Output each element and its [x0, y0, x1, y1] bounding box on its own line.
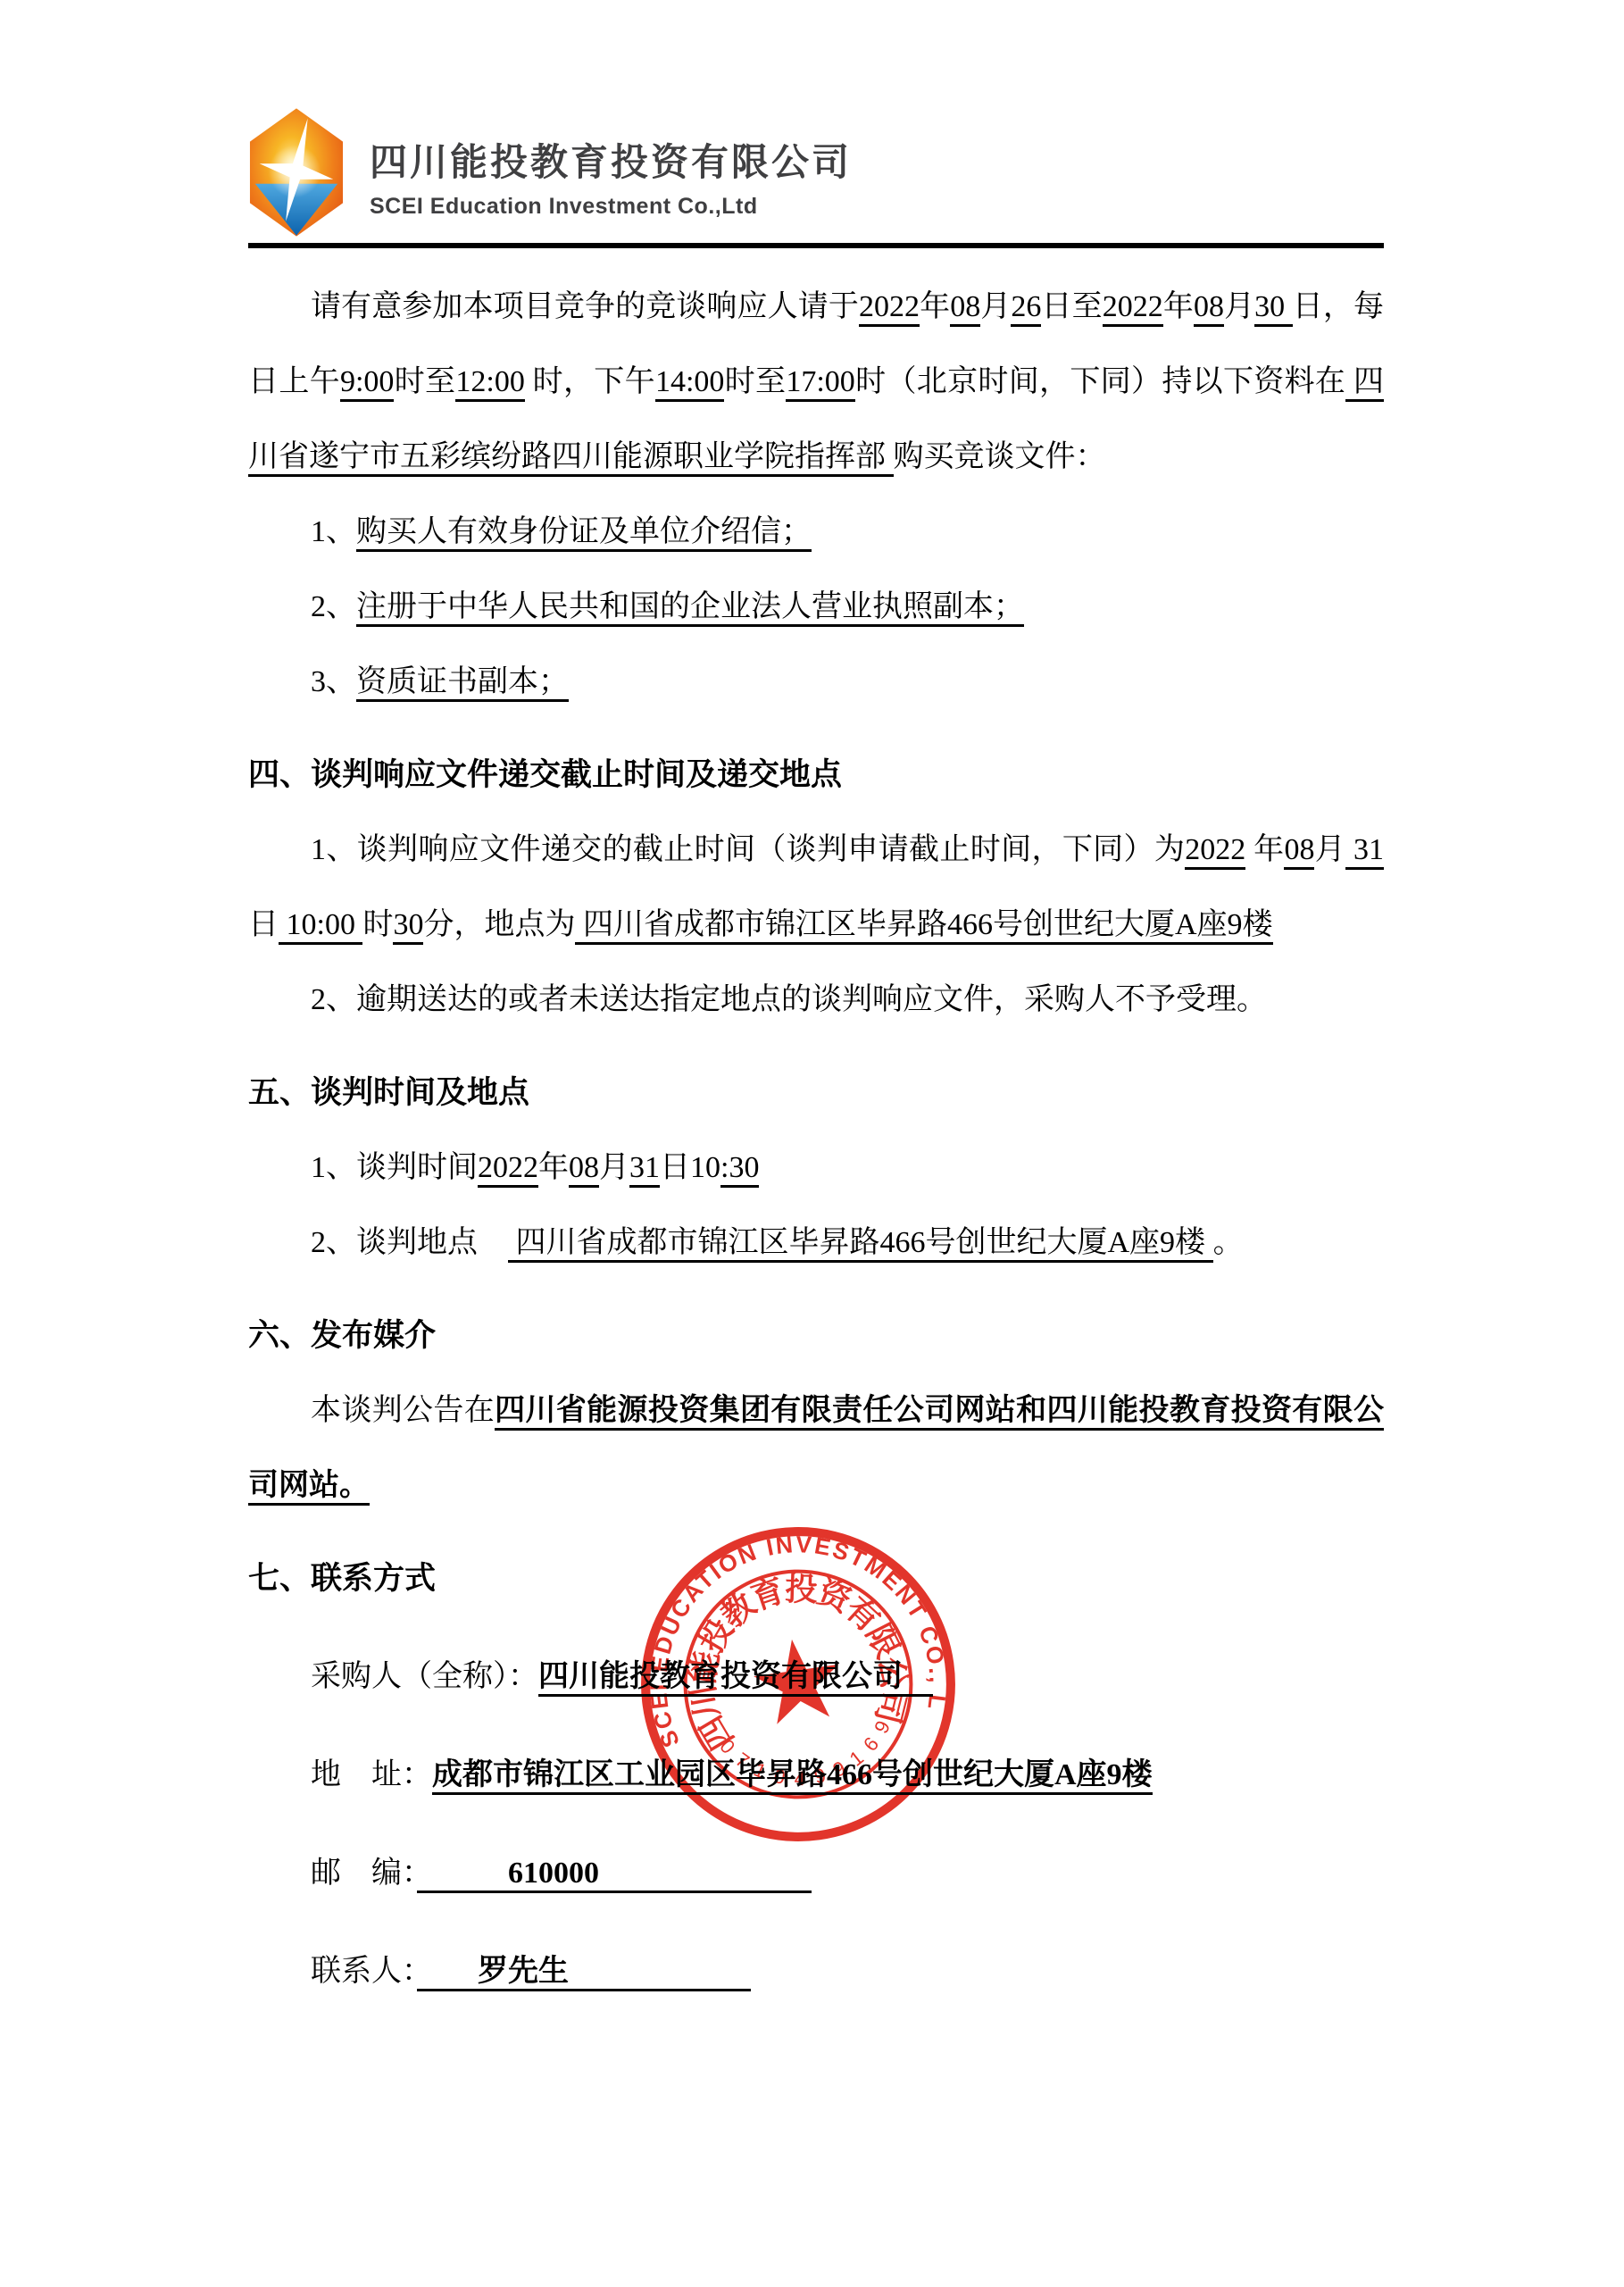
- section-4-item-2: 2、逾期送达的或者未送达指定地点的谈判响应文件，采购人不予受理。: [248, 963, 1384, 1038]
- header: 四川能投教育投资有限公司 SCEI Education Investment C…: [248, 105, 1384, 239]
- purchase-item-2: 2、注册于中华人民共和国的企业法人营业执照副本；: [248, 570, 1384, 645]
- text-run: 联系人：: [311, 1955, 417, 1988]
- text-run: 31: [1345, 833, 1384, 870]
- text-run: 2022: [478, 1151, 538, 1188]
- text-run: 3、: [311, 665, 356, 698]
- text-run: 时至: [394, 365, 455, 398]
- text-run: 08: [1284, 833, 1314, 870]
- text-run: 1、: [311, 515, 356, 548]
- document-body: 请有意参加本项目竞争的竞谈响应人请于2022年08月26日至2022年08月30…: [248, 270, 1384, 2009]
- text-run: 月: [1224, 290, 1254, 323]
- text-run: 日10: [660, 1151, 720, 1184]
- text-run: 购买竞谈文件：: [894, 440, 1106, 473]
- text-run: 30: [1254, 290, 1293, 327]
- section-5-item-1: 1、谈判时间2022年08月31日10:30: [248, 1131, 1384, 1206]
- text-run: [417, 1955, 478, 1991]
- text-run: 年: [538, 1151, 569, 1184]
- text-run: [569, 1955, 751, 1991]
- section-5-item-2: 2、谈判地点 四川省成都市锦江区毕昇路466号创世纪大厦A座9楼 。: [248, 1206, 1384, 1281]
- section-6-heading: 六、发布媒介: [248, 1298, 1384, 1373]
- purchase-item-1: 1、购买人有效身份证及单位介绍信；: [248, 495, 1384, 570]
- text-run: [903, 1660, 933, 1697]
- text-run: 2、: [311, 590, 356, 623]
- section-7-heading: 七、联系方式: [248, 1541, 1384, 1616]
- text-run: 七、联系方式: [248, 1561, 436, 1596]
- text-run: 2022: [859, 290, 920, 327]
- section-4-heading: 四、谈判响应文件递交截止时间及递交地点: [248, 738, 1384, 813]
- company-logo-icon: [248, 106, 345, 238]
- text-run: 地 址：: [311, 1758, 432, 1791]
- company-name-zh: 四川能投教育投资有限公司: [370, 141, 852, 184]
- text-run: 1、谈判时间: [311, 1151, 478, 1184]
- text-run: 。: [1213, 1226, 1244, 1259]
- contact-postcode-line: 邮 编： 610000: [248, 1836, 1384, 1911]
- text-run: 30: [393, 908, 423, 945]
- contact-address-line: 地 址：成都市锦江区工业园区毕昇路466号创世纪大厦A座9楼: [248, 1738, 1384, 1813]
- text-run: 08: [950, 290, 980, 327]
- header-titles: 四川能投教育投资有限公司 SCEI Education Investment C…: [370, 125, 852, 219]
- text-run: 时至: [724, 365, 786, 398]
- text-run: 注册于中华人民共和国的企业法人营业执照副本；: [356, 590, 1024, 627]
- text-run: 时（北京时间，下同）持以下资料在: [855, 365, 1345, 398]
- text-run: 成都市锦江区工业园区毕昇路466号创世纪大厦A座9楼: [432, 1758, 1153, 1795]
- text-run: 四、谈判响应文件递交截止时间及递交地点: [248, 757, 842, 792]
- text-run: 年: [1245, 833, 1284, 866]
- text-run: 2022: [1103, 290, 1163, 327]
- section-6-paragraph: 本谈判公告在四川省能源投资集团有限责任公司网站和四川能投教育投资有限公司网站。: [248, 1373, 1384, 1523]
- text-run: 采购人（全称）：: [311, 1660, 538, 1693]
- text-run: 四川能投教育投资有限公司: [538, 1660, 903, 1697]
- text-run: 610000: [508, 1857, 599, 1893]
- text-run: 月: [980, 290, 1011, 323]
- text-run: 四川省成都市锦江区毕昇路466号创世纪大厦A座9楼: [575, 908, 1272, 945]
- text-run: 时: [362, 908, 393, 941]
- text-run: 26: [1011, 290, 1041, 327]
- text-run: 日: [248, 908, 279, 941]
- text-run: 2、逾期送达的或者未送达指定地点的谈判响应文件，采购人不予受理。: [311, 983, 1267, 1016]
- section-4-item-1: 1、谈判响应文件递交的截止时间（谈判申请截止时间，下同）为2022 年08月 3…: [248, 813, 1384, 963]
- text-run: :30: [720, 1151, 759, 1188]
- text-run: [417, 1857, 508, 1893]
- text-run: 12:00: [455, 365, 524, 402]
- document-page: 四川能投教育投资有限公司 SCEI Education Investment C…: [0, 0, 1624, 2287]
- text-run: 年: [1163, 290, 1194, 323]
- purchase-item-3: 3、资质证书副本；: [248, 645, 1384, 720]
- text-run: 2、谈判地点: [311, 1226, 508, 1259]
- text-run: 邮 编：: [311, 1857, 417, 1890]
- text-run: 本谈判公告在: [311, 1394, 495, 1427]
- section-5-heading: 五、谈判时间及地点: [248, 1056, 1384, 1131]
- text-run: 罗先生: [478, 1955, 569, 1991]
- text-run: 10:00: [279, 908, 362, 945]
- text-run: 2022: [1185, 833, 1245, 870]
- text-run: [599, 1857, 812, 1893]
- text-run: 31: [629, 1151, 660, 1188]
- text-run: 请有意参加本项目竞争的竞谈响应人请于: [311, 290, 859, 323]
- header-divider: [248, 243, 1384, 248]
- text-run: 时，下午: [525, 365, 655, 398]
- text-run: 六、发布媒介: [248, 1318, 436, 1353]
- intro-paragraph: 请有意参加本项目竞争的竞谈响应人请于2022年08月26日至2022年08月30…: [248, 270, 1384, 495]
- contact-purchaser-line: 采购人（全称）：四川能投教育投资有限公司: [248, 1640, 1384, 1715]
- text-run: 14:00: [655, 365, 724, 402]
- contact-person-line: 联系人： 罗先生: [248, 1934, 1384, 2009]
- text-run: 购买人有效身份证及单位介绍信；: [356, 515, 812, 552]
- text-run: 月: [1314, 833, 1345, 866]
- text-run: 资质证书副本；: [356, 665, 569, 702]
- text-run: 9:00: [340, 365, 394, 402]
- text-run: 17:00: [786, 365, 854, 402]
- text-run: 月: [599, 1151, 629, 1184]
- text-run: 四川省成都市锦江区毕昇路466号创世纪大厦A座9楼: [508, 1226, 1213, 1263]
- text-run: 08: [1194, 290, 1224, 327]
- text-run: 年: [920, 290, 950, 323]
- text-run: 08: [569, 1151, 599, 1188]
- company-name-en: SCEI Education Investment Co.,Ltd: [370, 194, 852, 220]
- text-run: 分，地点为: [423, 908, 575, 941]
- text-run: 五、谈判时间及地点: [248, 1075, 529, 1110]
- text-run: 1、谈判响应文件递交的截止时间（谈判申请截止时间，下同）为: [311, 833, 1185, 866]
- text-run: 日至: [1041, 290, 1102, 323]
